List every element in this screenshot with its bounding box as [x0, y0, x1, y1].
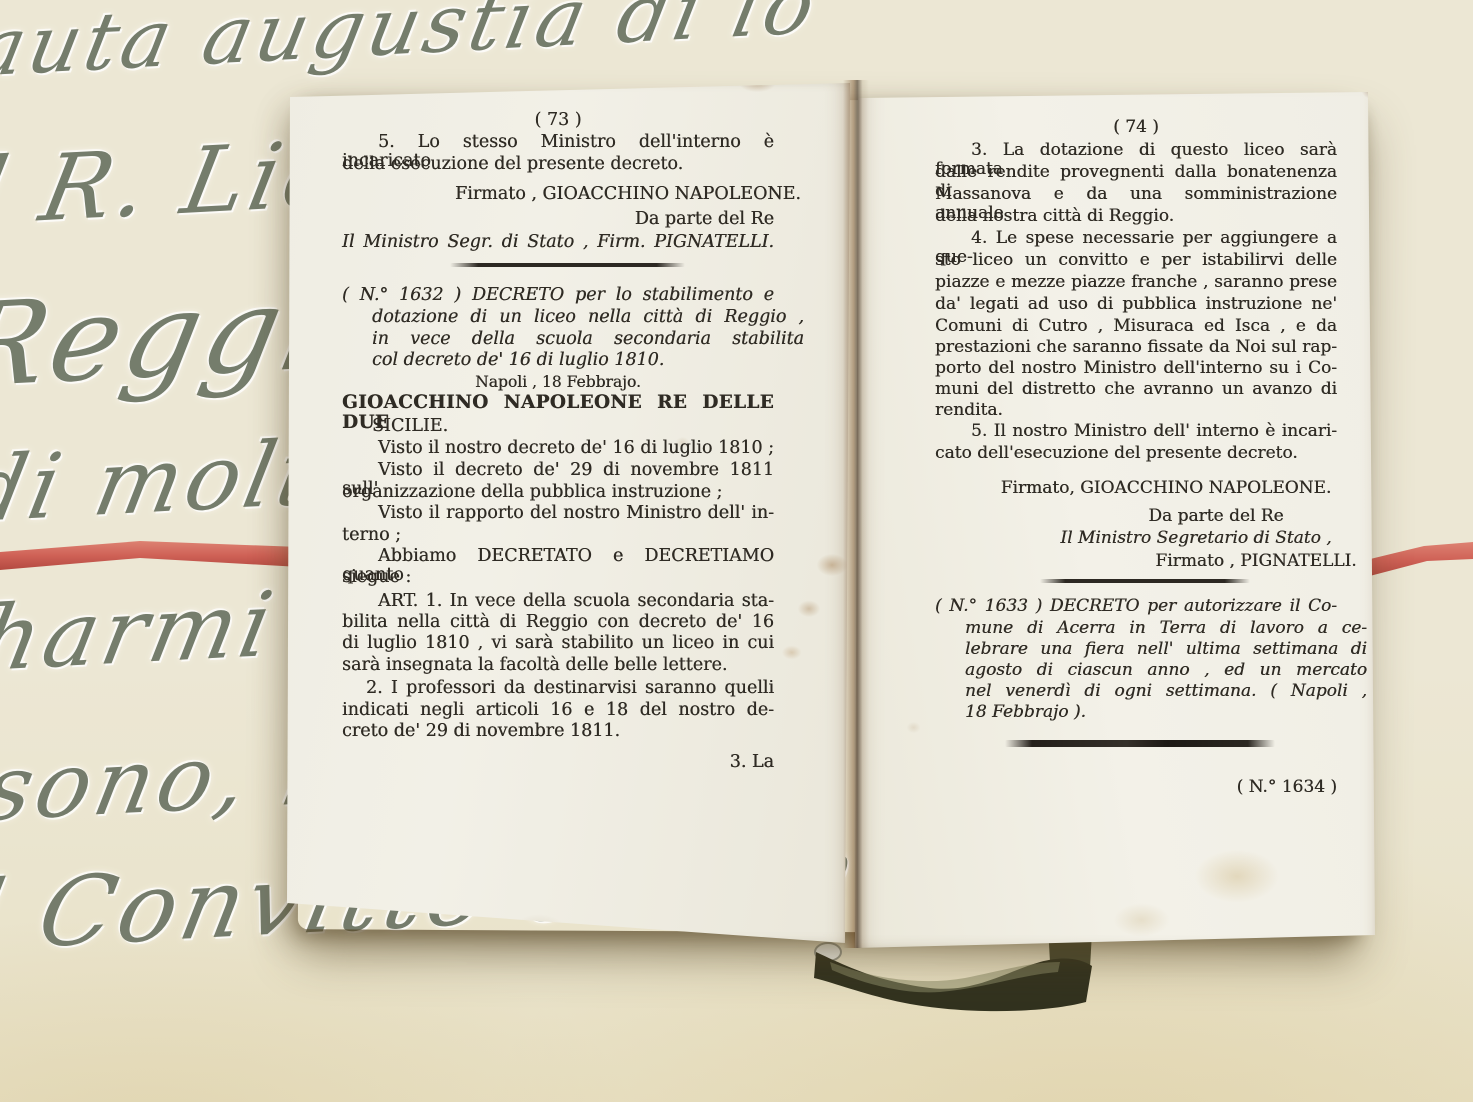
page-number: ( 73 )	[342, 111, 774, 130]
text-line: muni del distretto che avranno un avanzo…	[935, 380, 1337, 399]
decree-heading: lebrare una fiera nell' ultima settimana…	[935, 640, 1367, 659]
text-line: terno ;	[342, 526, 774, 545]
text-line: da' legati ad uso di pubblica instruzion…	[935, 295, 1337, 314]
text-line: creto de' 29 di novembre 1811.	[342, 722, 774, 741]
decree-heading: dotazione di un liceo nella città di Reg…	[342, 308, 804, 327]
royal-title: SICILIE.	[342, 417, 804, 436]
text-line: di luglio 1810 , vi sarà stabilito un li…	[342, 634, 774, 653]
right-page: ( 74 ) 3. La dotazione di questo liceo s…	[850, 80, 1380, 955]
text-line: porto del nostro Ministro dell'interno s…	[935, 359, 1337, 378]
article-line: 5. Il nostro Ministro dell' interno è in…	[935, 422, 1337, 441]
signature-line: Firmato, GIOACCHINO NAPOLEONE.	[935, 479, 1367, 498]
text-line: siegue :	[342, 568, 774, 587]
article-line: 2. I professori da destinarvisi saranno …	[342, 679, 774, 698]
text-line: Visto il rapporto del nostro Ministro de…	[342, 504, 774, 523]
signature-line: Firmato , GIOACCHINO NAPOLEONE.	[342, 185, 844, 204]
text-line: Comuni di Cutro , Misuraca ed Isca , e d…	[935, 317, 1337, 336]
decree-heading: in vece della scuola secondaria stabilit…	[342, 330, 804, 349]
decree-heading: ( N.° 1632 ) DECRETO per lo stabilimento…	[342, 286, 774, 305]
separator-rule	[1040, 579, 1250, 583]
text-line: rendita.	[935, 401, 1337, 420]
decree-heading: nel venerdì di ogni settimana. ( Napoli …	[935, 682, 1367, 701]
dateline: Napoli , 18 Febbrajo.	[342, 374, 774, 391]
separator-rule	[450, 263, 685, 267]
decree-heading: agosto di ciascun anno , ed un mercato	[935, 661, 1367, 680]
text-line: Da parte del Re	[342, 210, 802, 229]
decree-number: ( N.° 1634 )	[935, 778, 1343, 797]
text-line: prestazioni che saranno fissate da Noi s…	[935, 338, 1337, 357]
catchword: 3. La	[342, 753, 778, 772]
decree-heading: ( N.° 1633 ) DECRETO per autorizzare il …	[935, 597, 1337, 616]
signature-line: Il Ministro Segr. di Stato , Firm. PIGNA…	[342, 233, 774, 252]
text-line: cato dell'esecuzione del presente decret…	[935, 444, 1337, 463]
article-line: ART. 1. In vece della scuola secondaria …	[342, 592, 774, 611]
decree-heading: col decreto de' 16 di luglio 1810.	[342, 351, 804, 370]
page-number: ( 74 )	[935, 118, 1337, 137]
text-line: Da parte del Re	[935, 507, 1417, 526]
text-line: bilita nella città di Reggio con decreto…	[342, 613, 774, 632]
text-line: indicati negli articoli 16 e 18 del nost…	[342, 701, 774, 720]
text-line: piazze e mezze piazze franche , saranno …	[935, 273, 1337, 292]
text-line: sto liceo un convitto e per istabilirvi …	[935, 251, 1337, 270]
separator-rule	[1005, 740, 1275, 747]
text-line: della nostra città di Reggio.	[935, 207, 1337, 226]
text-line: della esecuzione del presente decreto.	[342, 155, 774, 174]
manuscript-background: auta augustia di lo l R. Lice Reggio di …	[0, 0, 1473, 1102]
text-line: organizzazione della pubblica instruzion…	[342, 483, 774, 502]
text-line: sarà insegnata la facoltà delle belle le…	[342, 656, 774, 675]
signature-line: Il Ministro Segretario di Stato ,	[935, 529, 1397, 548]
decree-heading: 18 Febbrajo ).	[935, 703, 1367, 722]
decree-heading: mune di Acerra in Terra di lavoro a ce-	[935, 619, 1367, 638]
text-line: Visto il nostro decreto de' 16 di luglio…	[342, 439, 774, 458]
left-page: ( 73 ) 5. Lo stesso Ministro dell'intern…	[280, 75, 855, 950]
